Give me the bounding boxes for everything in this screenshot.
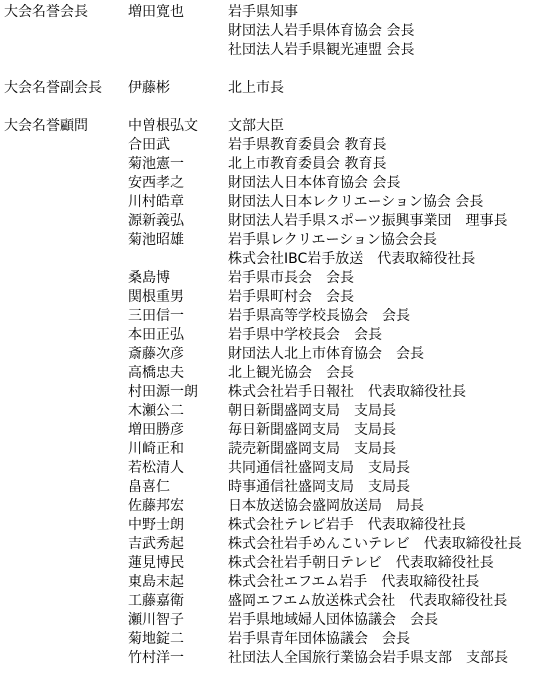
role-cell	[4, 193, 128, 212]
role-cell	[4, 231, 128, 250]
roster-row: 源新義弘 財団法人岩手県スポーツ振興事業団 理事長	[4, 212, 545, 231]
roster-row: 川崎正和 読売新聞盛岡支局 支局長	[4, 440, 545, 459]
title-cell: 岩手県青年団体協議会 会長	[228, 630, 545, 649]
name-cell: 蓮見博民	[128, 554, 228, 573]
roster-row: 大会名誉会長 増田寛也 岩手県知事	[4, 3, 545, 22]
name-cell: 村田源一朗	[128, 383, 228, 402]
roster-row: 関根重男 岩手県町村会 会長	[4, 288, 545, 307]
roster-row: 安西孝之 財団法人日本体育協会 会長	[4, 174, 545, 193]
title-cell: 毎日新聞盛岡支局 支局長	[228, 421, 545, 440]
title-cell: 財団法人岩手県スポーツ振興事業団 理事長	[228, 212, 545, 231]
name-cell: 合田武	[128, 136, 228, 155]
role-cell	[4, 573, 128, 592]
roster-row: 畠喜仁 時事通信社盛岡支局 支局長	[4, 478, 545, 497]
title-cell: 株式会社岩手朝日テレビ 代表取締役社長	[228, 554, 545, 573]
roster-row: 菊池憲一 北上市教育委員会 教育長	[4, 155, 545, 174]
roster-row: 高橋忠夫 北上観光協会 会長	[4, 364, 545, 383]
title-cell: 株式会社IBC岩手放送 代表取締役社長	[228, 250, 545, 269]
title-cell: 株式会社テレビ岩手 代表取締役社長	[228, 516, 545, 535]
title-cell: 株式会社岩手日報社 代表取締役社長	[228, 383, 545, 402]
role-cell	[4, 345, 128, 364]
title-cell: 時事通信社盛岡支局 支局長	[228, 478, 545, 497]
role-cell	[4, 212, 128, 231]
roster-row: 瀬川智子 岩手県地域婦人団体協議会 会長	[4, 611, 545, 630]
role-cell	[4, 326, 128, 345]
title-cell: 岩手県中学校長会 会長	[228, 326, 545, 345]
roster-row: 東島末起 株式会社エフエム岩手 代表取締役社長	[4, 573, 545, 592]
name-cell: 工藤嘉衛	[128, 592, 228, 611]
name-cell: 菊池昭雄	[128, 231, 228, 250]
role-cell	[4, 459, 128, 478]
title-cell: 読売新聞盛岡支局 支局長	[228, 440, 545, 459]
roster-row: 財団法人岩手県体育協会 会長	[4, 22, 545, 41]
roster-row: 本田正弘 岩手県中学校長会 会長	[4, 326, 545, 345]
name-cell: 中曽根弘文	[128, 117, 228, 136]
name-cell: 桑島博	[128, 269, 228, 288]
roster-row: 村田源一朗 株式会社岩手日報社 代表取締役社長	[4, 383, 545, 402]
roster-row: 社団法人岩手県観光連盟 会長	[4, 41, 545, 60]
role-cell	[4, 269, 128, 288]
roster-row: 大会名誉顧問 中曽根弘文 文部大臣	[4, 117, 545, 136]
name-cell	[128, 22, 228, 41]
role-cell	[4, 155, 128, 174]
role-cell	[4, 592, 128, 611]
roster-row: 増田勝彦 毎日新聞盛岡支局 支局長	[4, 421, 545, 440]
name-cell	[128, 41, 228, 60]
name-cell: 川崎正和	[128, 440, 228, 459]
role-cell	[4, 516, 128, 535]
title-cell: 北上市長	[228, 79, 545, 98]
role-cell	[4, 535, 128, 554]
title-cell: 岩手県町村会 会長	[228, 288, 545, 307]
name-cell: 三田信一	[128, 307, 228, 326]
honorary-officials-roster: 大会名誉会長 増田寛也 岩手県知事 財団法人岩手県体育協会 会長 社団法人岩手県…	[0, 0, 545, 668]
title-cell: 朝日新聞盛岡支局 支局長	[228, 402, 545, 421]
role-cell	[4, 611, 128, 630]
role-cell	[4, 554, 128, 573]
name-cell: 伊藤彬	[128, 79, 228, 98]
title-cell: 財団法人北上市体育協会 会長	[228, 345, 545, 364]
title-cell: 財団法人日本レクリエーション協会 会長	[228, 193, 545, 212]
title-cell: 株式会社岩手めんこいテレビ 代表取締役社長	[228, 535, 545, 554]
name-cell: 瀬川智子	[128, 611, 228, 630]
title-cell: 北上観光協会 会長	[228, 364, 545, 383]
roster-row: 若松清人 共同通信社盛岡支局 支局長	[4, 459, 545, 478]
title-cell: 岩手県教育委員会 教育長	[228, 136, 545, 155]
role-cell	[4, 421, 128, 440]
title-cell: 財団法人日本体育協会 会長	[228, 174, 545, 193]
roster-row: 菊池昭雄 岩手県レクリエーション協会会長	[4, 231, 545, 250]
title-cell: 岩手県高等学校長協会 会長	[228, 307, 545, 326]
role-cell	[4, 383, 128, 402]
roster-row: 佐藤邦宏 日本放送協会盛岡放送局 局長	[4, 497, 545, 516]
role-cell	[4, 22, 128, 41]
role-cell	[4, 630, 128, 649]
title-cell: 岩手県地域婦人団体協議会 会長	[228, 611, 545, 630]
name-cell: 本田正弘	[128, 326, 228, 345]
name-cell: 木瀬公二	[128, 402, 228, 421]
role-cell: 大会名誉会長	[4, 3, 128, 22]
name-cell: 安西孝之	[128, 174, 228, 193]
role-cell	[4, 307, 128, 326]
roster-row: 木瀬公二 朝日新聞盛岡支局 支局長	[4, 402, 545, 421]
role-cell: 大会名誉副会長	[4, 79, 128, 98]
role-cell	[4, 478, 128, 497]
role-cell	[4, 288, 128, 307]
role-cell	[4, 649, 128, 668]
name-cell: 東島末起	[128, 573, 228, 592]
name-cell	[128, 250, 228, 269]
name-cell: 菊地錠二	[128, 630, 228, 649]
title-cell: 社団法人全国旅行業協会岩手県支部 支部長	[228, 649, 545, 668]
name-cell: 畠喜仁	[128, 478, 228, 497]
name-cell: 斎藤次彦	[128, 345, 228, 364]
name-cell: 高橋忠夫	[128, 364, 228, 383]
title-cell: 岩手県レクリエーション協会会長	[228, 231, 545, 250]
roster-row: 菊地錠二 岩手県青年団体協議会 会長	[4, 630, 545, 649]
role-cell	[4, 402, 128, 421]
title-cell: 社団法人岩手県観光連盟 会長	[228, 41, 545, 60]
role-cell	[4, 174, 128, 193]
roster-row: 斎藤次彦 財団法人北上市体育協会 会長	[4, 345, 545, 364]
roster-row: 株式会社IBC岩手放送 代表取締役社長	[4, 250, 545, 269]
roster-row: 吉武秀起 株式会社岩手めんこいテレビ 代表取締役社長	[4, 535, 545, 554]
role-cell: 大会名誉顧問	[4, 117, 128, 136]
title-cell: 北上市教育委員会 教育長	[228, 155, 545, 174]
name-cell: 川村皓章	[128, 193, 228, 212]
title-cell: 文部大臣	[228, 117, 545, 136]
roster-row: 竹村洋一 社団法人全国旅行業協会岩手県支部 支部長	[4, 649, 545, 668]
role-cell	[4, 250, 128, 269]
title-cell: 盛岡エフエム放送株式会社 代表取締役社長	[228, 592, 545, 611]
title-cell: 日本放送協会盛岡放送局 局長	[228, 497, 545, 516]
role-cell	[4, 41, 128, 60]
title-cell: 岩手県知事	[228, 3, 545, 22]
name-cell: 増田寛也	[128, 3, 228, 22]
title-cell: 岩手県市長会 会長	[228, 269, 545, 288]
section-spacer	[4, 98, 545, 117]
name-cell: 増田勝彦	[128, 421, 228, 440]
roster-row: 大会名誉副会長 伊藤彬 北上市長	[4, 79, 545, 98]
role-cell	[4, 364, 128, 383]
role-cell	[4, 136, 128, 155]
name-cell: 菊池憲一	[128, 155, 228, 174]
title-cell: 株式会社エフエム岩手 代表取締役社長	[228, 573, 545, 592]
name-cell: 佐藤邦宏	[128, 497, 228, 516]
roster-row: 工藤嘉衛 盛岡エフエム放送株式会社 代表取締役社長	[4, 592, 545, 611]
name-cell: 吉武秀起	[128, 535, 228, 554]
roster-row: 三田信一 岩手県高等学校長協会 会長	[4, 307, 545, 326]
name-cell: 関根重男	[128, 288, 228, 307]
roster-row: 桑島博 岩手県市長会 会長	[4, 269, 545, 288]
roster-row: 中野士朗 株式会社テレビ岩手 代表取締役社長	[4, 516, 545, 535]
name-cell: 竹村洋一	[128, 649, 228, 668]
roster-row: 川村皓章 財団法人日本レクリエーション協会 会長	[4, 193, 545, 212]
roster-row: 蓮見博民 株式会社岩手朝日テレビ 代表取締役社長	[4, 554, 545, 573]
name-cell: 中野士朗	[128, 516, 228, 535]
title-cell: 共同通信社盛岡支局 支局長	[228, 459, 545, 478]
name-cell: 源新義弘	[128, 212, 228, 231]
name-cell: 若松清人	[128, 459, 228, 478]
title-cell: 財団法人岩手県体育協会 会長	[228, 22, 545, 41]
section-spacer	[4, 60, 545, 79]
role-cell	[4, 497, 128, 516]
roster-row: 合田武 岩手県教育委員会 教育長	[4, 136, 545, 155]
role-cell	[4, 440, 128, 459]
